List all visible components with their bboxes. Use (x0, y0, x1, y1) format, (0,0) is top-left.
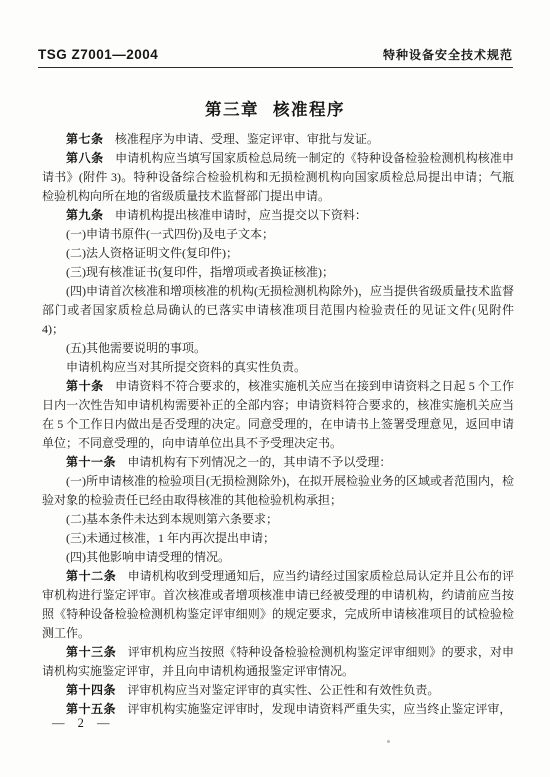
article-number: 第十二条 (66, 569, 116, 583)
article-paragraph: 第八条申请机构应当填写国家质检总局统一制定的《特种设备检验检测机构核准申请书》(… (42, 149, 514, 206)
body-paragraph: (一)申请书原件(一式四份)及电子文本； (42, 225, 514, 244)
body-paragraph: (二)法人资格证明文件(复印件)； (42, 244, 514, 263)
article-number: 第十三条 (66, 645, 116, 659)
document-standard-title: 特种设备安全技术规范 (383, 46, 513, 63)
paragraph-text: 申请机构有下列情况之一的，其申请不予以受理： (127, 455, 391, 469)
paragraph-text: (四)申请首次核准和增项核准的机构(无损检测机构除外)，应当提供省级质量技术监督… (42, 284, 514, 336)
document-code: TSG Z7001—2004 (38, 47, 158, 62)
article-paragraph: 第十二条申请机构收到受理通知后，应当约请经过国家质检总局认定并且公布的评审机构进… (42, 567, 514, 643)
body-paragraph: 申请机构应当对其所提交资料的真实性负责。 (42, 358, 514, 377)
article-paragraph: 第十三条评审机构应当按照《特种设备检验检测机构鉴定评审细则》的要求，对申请机构实… (42, 643, 514, 681)
article-number: 第七条 (66, 132, 104, 146)
paragraph-text: (一)所申请核准的检验项目(无损检测除外)，在拟开展检验业务的区域或者范围内，检… (42, 474, 514, 507)
paragraph-text: (三)现有核准证书(复印件，指增项或者换证核准)； (66, 265, 334, 279)
paragraph-text: 评审机构应当对鉴定评审的真实性、公正性和有效性负责。 (127, 683, 439, 697)
article-number: 第九条 (66, 208, 104, 222)
running-header: TSG Z7001—2004 特种设备安全技术规范 (38, 46, 513, 63)
header-rule (38, 67, 513, 68)
article-number: 第八条 (66, 151, 104, 165)
paragraph-text: (二)法人资格证明文件(复印件)； (66, 246, 238, 260)
page-number: — 2 — (52, 716, 112, 731)
chapter-number: 第三章 (205, 101, 259, 119)
paragraph-text: 申请机构提出核准申请时，应当提交以下资料： (115, 208, 367, 222)
body-paragraph: (二)基本条件未达到本规则第六条要求； (42, 510, 514, 529)
paragraph-text: (五)其他需要说明的事项。 (66, 341, 206, 355)
body-paragraph: (三)未通过核准，1 年内再次提出申请； (42, 529, 514, 548)
article-number: 第十一条 (66, 455, 116, 469)
document-body: 第七条核准程序为申请、受理、鉴定评审、审批与发证。第八条申请机构应当填写国家质检… (42, 130, 514, 719)
article-paragraph: 第十五条评审机构实施鉴定评审时，发现申请资料严重失实，应当终止鉴定评审， (42, 700, 514, 719)
body-paragraph: (三)现有核准证书(复印件，指增项或者换证核准)； (42, 263, 514, 282)
body-paragraph: (五)其他需要说明的事项。 (42, 339, 514, 358)
article-number: 第十五条 (66, 702, 116, 716)
article-number: 第十条 (66, 379, 104, 393)
paragraph-text: 申请机构应当填写国家质检总局统一制定的《特种设备检验检测机构核准申请书》(附件 … (42, 151, 514, 203)
paragraph-text: 评审机构实施鉴定评审时，发现申请资料严重失实，应当终止鉴定评审， (127, 702, 511, 716)
article-number: 第十四条 (66, 683, 116, 697)
paragraph-text: (一)申请书原件(一式四份)及电子文本； (66, 227, 274, 241)
paragraph-text: 核准程序为申请、受理、鉴定评审、审批与发证。 (115, 132, 379, 146)
article-paragraph: 第九条申请机构提出核准申请时，应当提交以下资料： (42, 206, 514, 225)
article-paragraph: 第十一条申请机构有下列情况之一的，其申请不予以受理： (42, 453, 514, 472)
document-page: TSG Z7001—2004 特种设备安全技术规范 第三章核准程序 第七条核准程… (0, 0, 550, 777)
paragraph-text: (四)其他影响申请受理的情况。 (66, 550, 230, 564)
paragraph-text: (二)基本条件未达到本规则第六条要求； (66, 512, 278, 526)
paragraph-text: 申请机构应当对其所提交资料的真实性负责。 (66, 360, 306, 374)
body-paragraph: (一)所申请核准的检验项目(无损检测除外)，在拟开展检验业务的区域或者范围内，检… (42, 472, 514, 510)
article-paragraph: 第七条核准程序为申请、受理、鉴定评审、审批与发证。 (42, 130, 514, 149)
article-paragraph: 第十四条评审机构应当对鉴定评审的真实性、公正性和有效性负责。 (42, 681, 514, 700)
body-paragraph: (四)其他影响申请受理的情况。 (42, 548, 514, 567)
body-paragraph: (四)申请首次核准和增项核准的机构(无损检测机构除外)，应当提供省级质量技术监督… (42, 282, 514, 339)
paragraph-text: 申请资料不符合要求的，核准实施机关应当在接到申请资料之日起 5 个工作日内一次性… (42, 379, 514, 450)
article-paragraph: 第十条申请资料不符合要求的，核准实施机关应当在接到申请资料之日起 5 个工作日内… (42, 377, 514, 453)
chapter-title: 核准程序 (273, 101, 345, 119)
scan-speck (387, 740, 390, 743)
chapter-heading: 第三章核准程序 (0, 96, 550, 120)
paragraph-text: (三)未通过核准，1 年内再次提出申请； (66, 531, 275, 545)
